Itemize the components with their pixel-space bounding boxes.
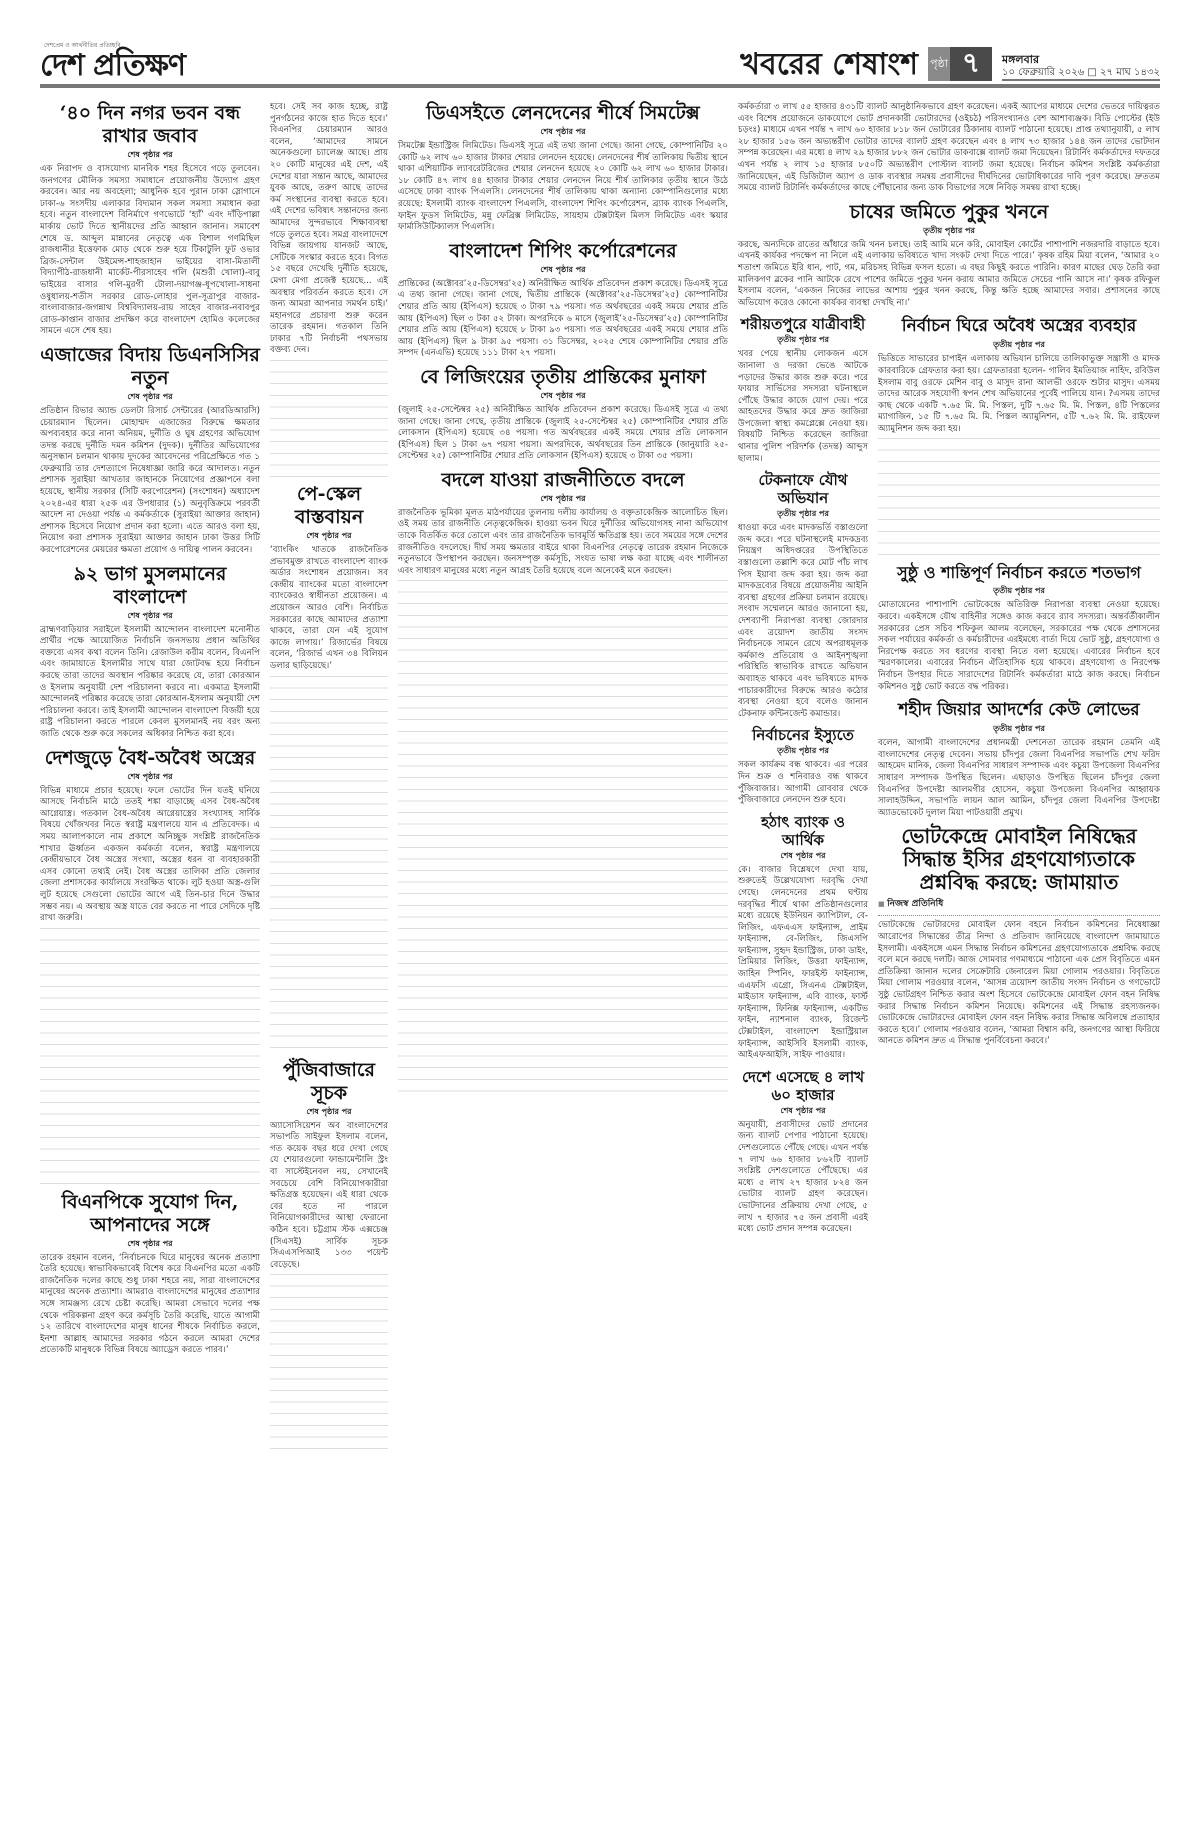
story-body: প্রান্তিকের (অক্টোবর’২৫-ডিসেম্বর’২৫) অনি… — [398, 279, 728, 360]
continuation-label: শেষ পৃষ্ঠার পর — [270, 530, 388, 543]
story-tarique-continued[interactable]: হবে। সেই সব কাজ হচ্ছে, রাষ্ট্র পুনর্গঠনে… — [270, 102, 388, 477]
section-title: খবরের শেষাংশ — [740, 49, 918, 81]
story-body: ‘ব্যাংকিং খাতকে রাজনৈতিক প্রভাবমুক্ত রাখ… — [270, 545, 388, 673]
column-1: ‘৪০ দিন নগর ভবন বন্ধ রাখার জবাব শেষ পৃষ্… — [40, 102, 260, 1451]
byline: নিজস্ব প্রতিনিধি — [878, 894, 1160, 916]
headline: নির্বাচনের ইস্যুতে — [738, 726, 868, 744]
date: ১০ ফেব্রুয়ারি ২০২৬ □ ২৭ মাঘ ১৪৩২ — [1002, 66, 1160, 81]
text-continuation — [270, 673, 388, 1053]
text-continuation — [878, 435, 1160, 555]
headline: শহীদ জিয়ার আদর্শের কেউ লোভের — [878, 699, 1160, 722]
text-continuation — [270, 1271, 388, 1451]
story-body: কর্মকর্তারা ৩ লাখ ৫৫ হাজার ৪৩১টি ব্যালট … — [738, 102, 1160, 195]
headline: ‘৪০ দিন নগর ভবন বন্ধ রাখার জবাব — [40, 102, 260, 148]
headline: হঠাৎ ব্যাংক ও আর্থিক — [738, 813, 868, 849]
text-continuation — [40, 925, 260, 1185]
continuation-label: শেষ পৃষ্ঠার পর — [398, 493, 728, 506]
wide-subcolumn: নির্বাচন ঘিরে অবৈধ অস্ত্রের ব্যবহার তৃতী… — [878, 315, 1160, 1235]
continuation-label: তৃতীয় পৃষ্ঠার পর — [878, 585, 1160, 598]
continuation-label: তৃতীয় পৃষ্ঠার পর — [738, 225, 1160, 238]
continuation-label: তৃতীয় পৃষ্ঠার পর — [738, 508, 868, 521]
page-label: পৃষ্ঠা — [928, 47, 950, 81]
story-body: করছে, অন্যদিকে রাতের আঁধারে জমি খনন চলছে… — [738, 240, 1160, 310]
story-body: কে। বাজার বিশ্লেষণে দেখা যায়, শুরুতেই উ… — [738, 865, 868, 1062]
continuation-label: তৃতীয় পৃষ্ঠার পর — [878, 339, 1160, 352]
column-4: কর্মকর্তারা ৩ লাখ ৫৫ হাজার ৪৩১টি ব্যালট … — [738, 102, 1160, 1451]
headline: ভোটকেন্দ্রে মোবাইল নিষিদ্ধের সিদ্ধান্ত ই… — [878, 825, 1160, 894]
story-shipping-corp[interactable]: বাংলাদেশ শিপিং কর্পোরেশনের শেষ পৃষ্ঠার প… — [398, 240, 728, 360]
text-continuation — [398, 577, 728, 1097]
page-number: ৭ — [950, 47, 992, 81]
story-body: (জুলাই ২৫-সেপ্টেম্বর ২৫) অনিরীক্ষিত আর্থ… — [398, 405, 728, 463]
headline: দেশে এসেছে ৪ লাখ ৬০ হাজার — [738, 1068, 868, 1104]
story-body: বিভিন্ন মাধ্যমে প্রচার হয়েছে। ফলে ভোটের… — [40, 786, 260, 925]
headline: বদলে যাওয়া রাজনীতিতে বদলে — [398, 469, 728, 492]
continuation-label: শেষ পৃষ্ঠার পর — [40, 610, 260, 623]
story-body: ভিত্তিতে সাভারের চাপাইন এলাকায় অভিযান চ… — [878, 354, 1160, 435]
headline: নির্বাচন ঘিরে অবৈধ অস্ত্রের ব্যবহার — [878, 315, 1160, 338]
story-pond-digging[interactable]: চাষের জমিতে পুকুর খননে তৃতীয় পৃষ্ঠার পর… — [738, 201, 1160, 310]
continuation-label: শেষ পৃষ্ঠার পর — [40, 391, 260, 404]
story-body: সকল কার্যক্রম বন্ধ থাকবে। এর পরের দিন শু… — [738, 760, 868, 806]
story-shaheed-zia[interactable]: শহীদ জিয়ার আদর্শের কেউ লোভের তৃতীয় পৃষ… — [878, 699, 1160, 819]
story-jamaat-mobile-ban[interactable]: ভোটকেন্দ্রে মোবাইল নিষিদ্ধের সিদ্ধান্ত ই… — [878, 825, 1160, 1048]
headline: ৯২ ভাগ মুসলমানের বাংলাদেশ — [40, 563, 260, 609]
story-stock-index[interactable]: পুঁজিবাজারে সূচক শেষ পৃষ্ঠার পর অ্যাসোসি… — [270, 1059, 388, 1452]
story-body: বলেন, আগামী বাংলাদেশের প্রধানমন্ত্রী দেশ… — [878, 738, 1160, 819]
continuation-label: তৃতীয় পৃষ্ঠার পর — [738, 745, 868, 758]
story-body: প্রতিষ্ঠান রিভার অ্যান্ড ডেলটা রিসার্চ স… — [40, 406, 260, 557]
headline: বিএনপিকে সুযোগ দিন, আপনাদের সঙ্গে — [40, 1191, 260, 1237]
column-4-split: শরীয়তপুরে যাত্রীবাহী তৃতীয় পৃষ্ঠার পর … — [738, 315, 1160, 1235]
story-illegal-arms[interactable]: নির্বাচন ঘিরে অবৈধ অস্ত্রের ব্যবহার তৃতী… — [878, 315, 1160, 555]
continuation-label: শেষ পৃষ্ঠার পর — [738, 1105, 868, 1118]
headline: শরীয়তপুরে যাত্রীবাহী — [738, 315, 868, 333]
story-nagar-bhaban[interactable]: ‘৪০ দিন নগর ভবন বন্ধ রাখার জবাব শেষ পৃষ্… — [40, 102, 260, 338]
story-arms[interactable]: দেশজুড়ে বৈধ-অবৈধ অস্ত্রের শেষ পৃষ্ঠার প… — [40, 747, 260, 1185]
continuation-label: তৃতীয় পৃষ্ঠার পর — [878, 723, 1160, 736]
continuation-label: শেষ পৃষ্ঠার পর — [398, 264, 728, 277]
headline: ডিএসইতে লেনদেনের শীর্ষে সিমটেক্স — [398, 102, 728, 125]
story-body: এক নিরাপদ ও বাসযোগ্য মানবিক শহর হিসেবে গ… — [40, 164, 260, 338]
story-body: ধাওয়া করে এবং মাদকভর্তি বস্তাগুলো জব্দ … — [738, 523, 868, 720]
headline: চাষের জমিতে পুকুর খননে — [738, 201, 1160, 224]
headline: বাংলাদেশ শিপিং কর্পোরেশনের — [398, 240, 728, 263]
story-teknaf[interactable]: টেকনাফে যৌথ অভিযান তৃতীয় পৃষ্ঠার পর ধাও… — [738, 471, 868, 720]
story-body: অ্যাসোসিয়েশন অব বাংলাদেশের সভাপতি সাইফু… — [270, 1121, 388, 1272]
story-body: তারেক রহমান বলেন, ‘নির্বাচনকে ঘিরে মানুষ… — [40, 1253, 260, 1357]
story-election-issue[interactable]: নির্বাচনের ইস্যুতে তৃতীয় পৃষ্ঠার পর সকল… — [738, 726, 868, 806]
continuation-label: শেষ পৃষ্ঠার পর — [738, 850, 868, 863]
continuation-label: শেষ পৃষ্ঠার পর — [270, 1106, 388, 1119]
story-bay-leasing[interactable]: বে লিজিংয়ের তৃতীয় প্রান্তিকের মুনাফা শ… — [398, 366, 728, 463]
columns: ‘৪০ দিন নগর ভবন বন্ধ রাখার জবাব শেষ পৃষ্… — [40, 102, 1160, 1451]
headline: পুঁজিবাজারে সূচক — [270, 1059, 388, 1105]
headline: এজাজের বিদায় ডিএনসিসির নতুন — [40, 344, 260, 390]
headline: দেশজুড়ে বৈধ-অবৈধ অস্ত্রের — [40, 747, 260, 770]
story-bnp-chance[interactable]: বিএনপিকে সুযোগ দিন, আপনাদের সঙ্গে শেষ পৃ… — [40, 1191, 260, 1357]
date-block: মঙ্গলবার ১০ ফেব্রুয়ারি ২০২৬ □ ২৭ মাঘ ১৪… — [1002, 53, 1160, 81]
continuation-label: তৃতীয় পৃষ্ঠার পর — [738, 334, 868, 347]
story-bank-finance[interactable]: হঠাৎ ব্যাংক ও আর্থিক শেষ পৃষ্ঠার পর কে। … — [738, 813, 868, 1062]
continuation-label: শেষ পৃষ্ঠার পর — [398, 390, 728, 403]
text-continuation — [270, 357, 388, 477]
continuation-label: শেষ পৃষ্ঠার পর — [40, 149, 260, 162]
narrow-subcolumn: শরীয়তপুরে যাত্রীবাহী তৃতীয় পৃষ্ঠার পর … — [738, 315, 868, 1235]
continuation-label: শেষ পৃষ্ঠার পর — [398, 126, 728, 139]
continuation-label: শেষ পৃষ্ঠার পর — [40, 771, 260, 784]
story-body: খবর পেয়ে স্থানীয় লোকজন এসে জানালা ও দর… — [738, 349, 868, 465]
column-3-split: বদলে যাওয়া রাজনীতিতে বদলে শেষ পৃষ্ঠার প… — [398, 469, 728, 1098]
story-pay-scale[interactable]: পে-স্কেল বাস্তবায়ন শেষ পৃষ্ঠার পর ‘ব্যা… — [270, 483, 388, 1053]
story-dse-simtex[interactable]: ডিএসইতে লেনদেনের শীর্ষে সিমটেক্স শেষ পৃষ… — [398, 102, 728, 234]
story-body: ব্রাহ্মণবাড়িয়ার সরাইলে ইসলামী আন্দোলন … — [40, 625, 260, 741]
story-ejaj-dncc[interactable]: এজাজের বিদায় ডিএনসিসির নতুন শেষ পৃষ্ঠার… — [40, 344, 260, 557]
story-changed-politics[interactable]: বদলে যাওয়া রাজনীতিতে বদলে শেষ পৃষ্ঠার প… — [398, 469, 728, 1098]
story-body: রাজনৈতিক ভূমিকা মূলত মাঠপর্যায়ের তুলনায… — [398, 508, 728, 578]
story-body: ভোটকেন্দ্রে ভোটারদের মোবাইল ফোন বহনে নির… — [878, 920, 1160, 1048]
story-body: হবে। সেই সব কাজ হচ্ছে, রাষ্ট্র পুনর্গঠনে… — [270, 102, 388, 357]
continuation-label: শেষ পৃষ্ঠার পর — [40, 1238, 260, 1251]
story-body: অনুযায়ী, প্রবাসীদের ভোট প্রদানের জন্য ব… — [738, 1120, 868, 1236]
section-header: খবরের শেষাংশ পৃষ্ঠা ৭ মঙ্গলবার ১০ ফেব্রু… — [740, 47, 1160, 81]
newspaper-logo[interactable]: দেশ প্রতিক্ষণ — [40, 51, 185, 81]
headline: টেকনাফে যৌথ অভিযান — [738, 471, 868, 507]
headline: পে-স্কেল বাস্তবায়ন — [270, 483, 388, 529]
newspaper-page: দেশপ্রেম ও আর্থনীতির প্রতিচ্ছবি দেশ প্রত… — [0, 0, 1200, 1843]
story-postal-ballot[interactable]: কর্মকর্তারা ৩ লাখ ৫৫ হাজার ৪৩১টি ব্যালট … — [738, 102, 1160, 195]
weekday: মঙ্গলবার — [1002, 53, 1160, 66]
column-2: হবে। সেই সব কাজ হচ্ছে, রাষ্ট্র পুনর্গঠনে… — [270, 102, 388, 1451]
masthead: দেশপ্রেম ও আর্থনীতির প্রতিচ্ছবি দেশ প্রত… — [40, 38, 1160, 88]
brand: দেশপ্রেম ও আর্থনীতির প্রতিচ্ছবি দেশ প্রত… — [40, 40, 185, 81]
headline: সুষ্ঠু ও শান্তিপূর্ণ নির্বাচন করতে শতভাগ — [878, 561, 1160, 584]
story-body: মোতায়েনের পাশাপাশি ভোটকেন্দ্রে অতিরিক্ত… — [878, 600, 1160, 693]
story-92-percent[interactable]: ৯২ ভাগ মুসলমানের বাংলাদেশ শেষ পৃষ্ঠার পর… — [40, 563, 260, 741]
story-ballots-arrived[interactable]: দেশে এসেছে ৪ লাখ ৬০ হাজার শেষ পৃষ্ঠার পর… — [738, 1068, 868, 1236]
story-fair-election[interactable]: সুষ্ঠু ও শান্তিপূর্ণ নির্বাচন করতে শতভাগ… — [878, 561, 1160, 693]
story-body: সিমটেক্স ইন্ডাস্ট্রিজ লিমিটেড। ডিএসই সূত… — [398, 141, 728, 234]
column-3: ডিএসইতে লেনদেনের শীর্ষে সিমটেক্স শেষ পৃষ… — [398, 102, 728, 1451]
headline: বে লিজিংয়ের তৃতীয় প্রান্তিকের মুনাফা — [398, 366, 728, 389]
story-shariatpur[interactable]: শরীয়তপুরে যাত্রীবাহী তৃতীয় পৃষ্ঠার পর … — [738, 315, 868, 465]
